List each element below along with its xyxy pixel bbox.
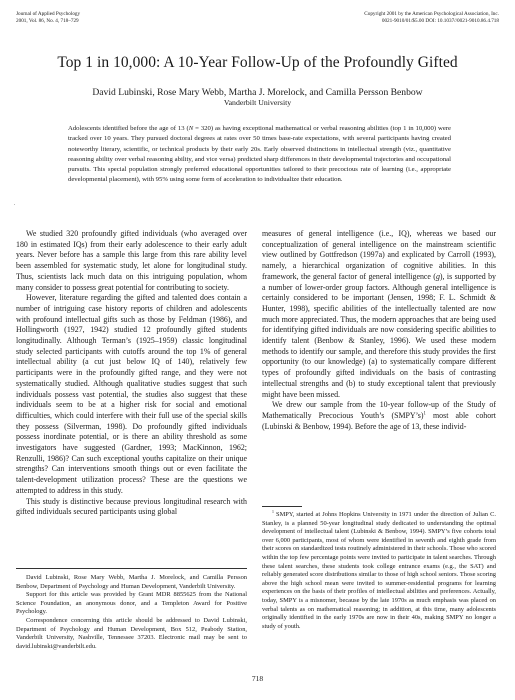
scan-artifact	[14, 204, 15, 205]
footnote: 1 SMPY, started at Johns Hopkins Univers…	[262, 511, 496, 631]
copyright-header: Copyright 2001 by the American Psycholog…	[364, 11, 499, 24]
author-affiliation: Vanderbilt University	[0, 98, 515, 107]
footnote-text: SMPY, started at Johns Hopkins Universit…	[262, 511, 496, 630]
page-number: 718	[0, 674, 515, 683]
author-notes: David Lubinski, Rose Mary Webb, Martha J…	[16, 574, 247, 651]
body-paragraph: We studied 320 profoundly gifted individ…	[16, 229, 247, 293]
abstract-text-2: = 320) as having exceptional mathematica…	[68, 125, 451, 183]
abstract-text-1: Adolescents identified before the age of…	[68, 125, 189, 132]
author-note-affiliations: David Lubinski, Rose Mary Webb, Martha J…	[16, 574, 247, 591]
journal-citation: 2001, Vol. 86, No. 4, 718–729	[16, 18, 80, 25]
body-left-column: We studied 320 profoundly gifted individ…	[16, 229, 247, 518]
body-right-column: measures of general intelligence (i.e., …	[262, 229, 496, 432]
abstract: Adolescents identified before the age of…	[68, 124, 451, 186]
author-note-correspondence: Correspondence concerning this article s…	[16, 617, 247, 651]
body-paragraph: However, literature regarding the gifted…	[16, 293, 247, 496]
author-notes-divider	[16, 568, 247, 569]
doi-line: 0021-9010/01/$5.00 DOI: 10.1037//0021-90…	[364, 18, 499, 25]
author-note-funding: Support for this article was provided by…	[16, 591, 247, 617]
copyright-line: Copyright 2001 by the American Psycholog…	[364, 11, 499, 18]
article-authors: David Lubinski, Rose Mary Webb, Martha J…	[0, 87, 515, 98]
body-paragraph: This study is distinctive because previo…	[16, 497, 247, 518]
journal-header: Journal of Applied Psychology 2001, Vol.…	[16, 11, 80, 24]
footnote-divider	[262, 506, 302, 507]
body-paragraph: We drew our sample from the 10-year foll…	[262, 400, 496, 432]
article-title: Top 1 in 10,000: A 10-Year Follow-Up of …	[0, 54, 515, 72]
journal-name: Journal of Applied Psychology	[16, 11, 80, 18]
body-paragraph-continued: measures of general intelligence (i.e., …	[262, 229, 496, 400]
